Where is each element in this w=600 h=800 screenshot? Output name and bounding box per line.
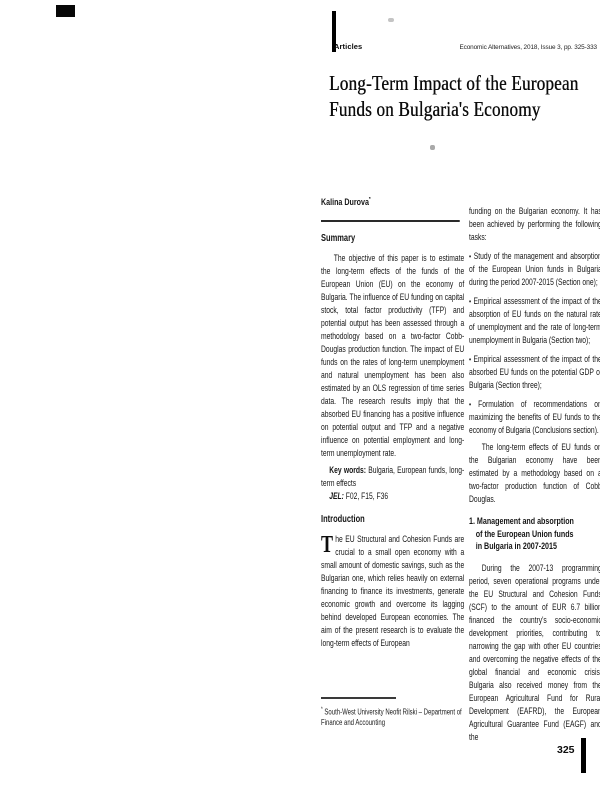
task-bullet-text: Empirical assessment of the impact of th… — [469, 354, 600, 390]
bullet-icon: • — [469, 297, 471, 306]
right-column: funding on the Bulgarian economy. It has… — [469, 205, 600, 748]
author-name-text: Kalina Durova — [321, 197, 369, 208]
introduction-paragraph: The EU Structural and Cohesion Funds are… — [321, 533, 464, 650]
continuation-paragraph: funding on the Bulgarian economy. It has… — [469, 205, 600, 244]
author-divider-rule — [321, 220, 460, 222]
introduction-heading: Introduction — [321, 513, 464, 526]
paper-title-line1: Long-Term Impact of the European — [329, 70, 600, 96]
summary-heading: Summary — [321, 232, 464, 245]
footnote-text-block: * South-West University Neofit Rilski – … — [321, 705, 464, 729]
jel-paragraph: JEL: F02, F15, F36 — [321, 490, 464, 503]
footer-rule-bar — [581, 738, 586, 773]
footnote-rule — [321, 697, 396, 699]
footnote: * South-West University Neofit Rilski – … — [321, 697, 464, 728]
paper-title-line2: Funds on Bulgaria's Economy — [329, 96, 600, 122]
introduction-text: he EU Structural and Cohesion Funds are … — [321, 534, 464, 648]
jel-codes: F02, F15, F36 — [346, 491, 388, 501]
keywords-paragraph: Key words: Bulgaria, European funds, lon… — [321, 464, 464, 490]
footnote-text: South-West University Neofit Rilski – De… — [321, 707, 462, 727]
task-bullet-item: • Empirical assessment of the impact of … — [469, 353, 600, 392]
task-bullet-text: Empirical assessment of the impact of th… — [469, 296, 600, 345]
section-1-heading: 1. Management and absorption of the Euro… — [469, 516, 600, 554]
task-bullet-item: • Study of the management and absorption… — [469, 250, 600, 289]
task-bullet-text: Study of the management and absorption o… — [469, 251, 600, 287]
paper-title: Long-Term Impact of the European Funds o… — [329, 70, 600, 122]
journal-reference: Economic Alternatives, 2018, Issue 3, pp… — [459, 44, 597, 51]
author-footnote-marker: * — [369, 197, 371, 203]
author-name: Kalina Durova* — [321, 194, 464, 209]
footnote-marker: * — [321, 707, 323, 713]
scan-artifact — [388, 18, 394, 22]
section-1-paragraph: During the 2007-13 programming period, s… — [469, 562, 600, 744]
section-label: Articles — [334, 42, 362, 51]
scanned-paper-page: Articles Economic Alternatives, 2018, Is… — [0, 0, 600, 800]
drop-cap: T — [321, 534, 333, 556]
bullet-icon: • — [469, 400, 471, 409]
task-bullet-text: Formulation of recommendations on maximi… — [469, 399, 600, 435]
scan-artifact — [430, 145, 435, 150]
bullet-icon: • — [469, 355, 471, 364]
summary-paragraph: The objective of this paper is to estima… — [321, 252, 464, 460]
keywords-label: Key words: — [329, 465, 366, 475]
task-bullet-item: • Empirical assessment of the impact of … — [469, 295, 600, 347]
jel-label: JEL: — [329, 491, 344, 501]
methodology-paragraph: The long-term effects of EU funds on the… — [469, 441, 600, 506]
bullet-icon: • — [469, 252, 471, 261]
task-bullet-item: • Formulation of recommendations on maxi… — [469, 398, 600, 437]
page-number: 325 — [557, 744, 575, 756]
left-column: Kalina Durova* Summary The objective of … — [321, 194, 464, 654]
scan-corner-mark — [56, 5, 75, 17]
